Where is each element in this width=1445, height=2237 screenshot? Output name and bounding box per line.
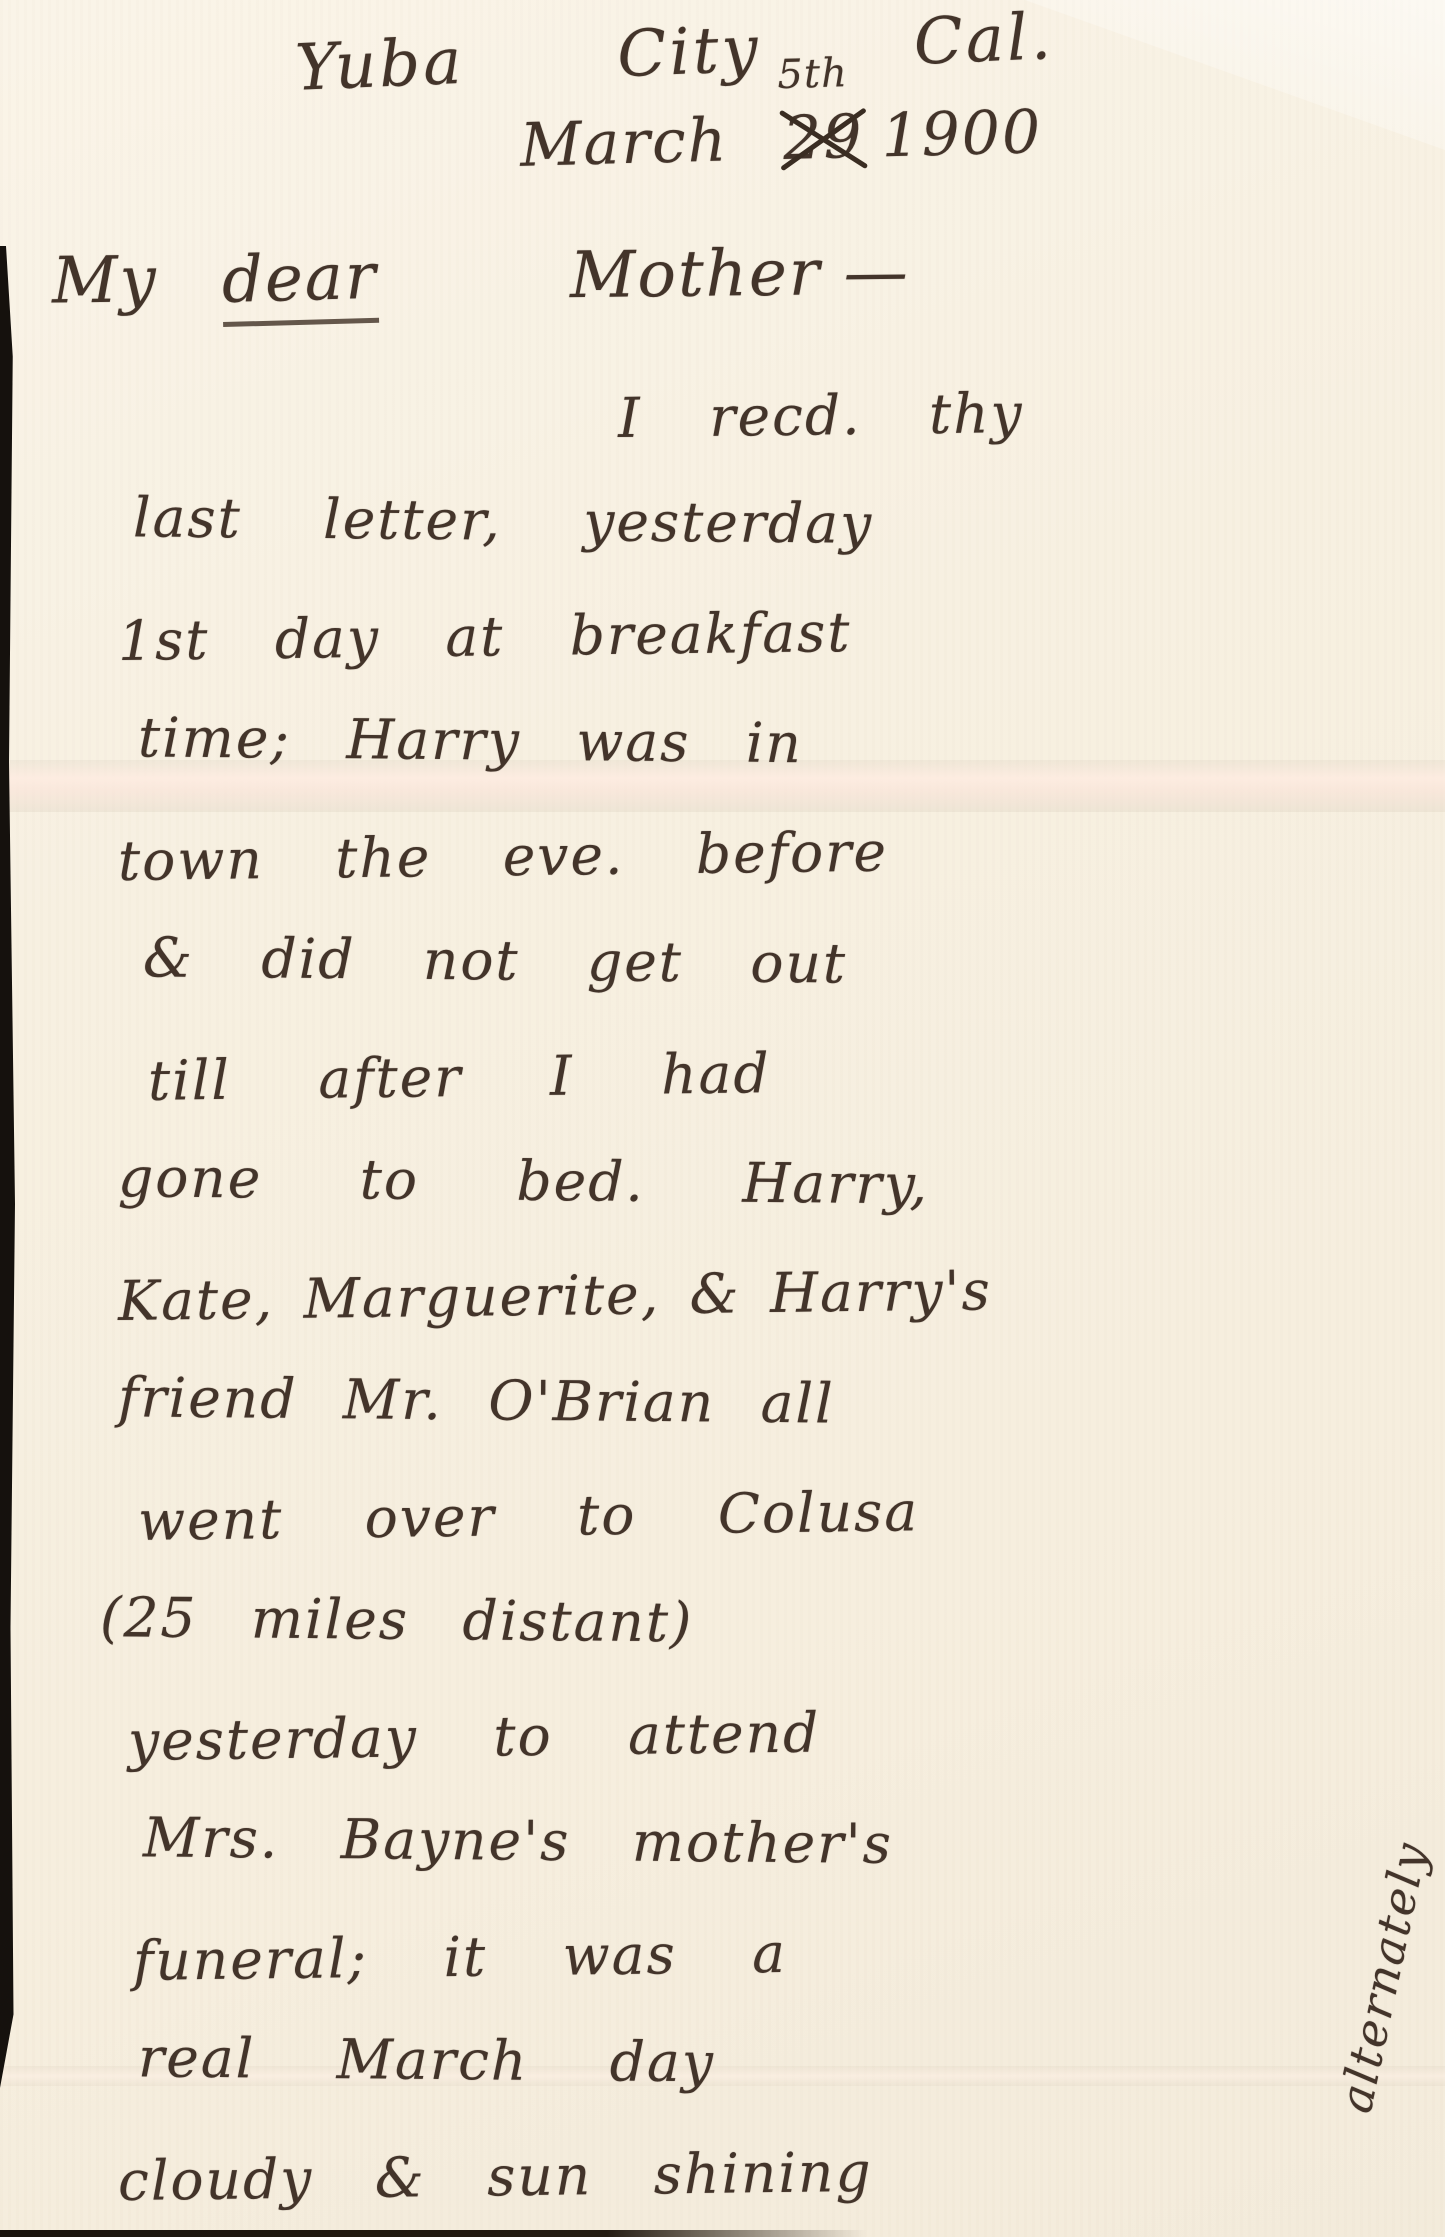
letter-line: went over to Colusa bbox=[137, 1450, 1429, 1576]
salutation-prefix: My bbox=[52, 243, 158, 318]
scan-corner-highlight bbox=[1025, 0, 1445, 150]
letter-page: Yuba City Cal. March5th291900 My dear Mo… bbox=[0, 0, 1445, 2237]
letterhead-place: Yuba City Cal. bbox=[294, 0, 1055, 106]
salutation-underlined-word: dear bbox=[221, 240, 379, 327]
letter-line: 1st day at breakfast bbox=[117, 570, 1429, 696]
letterhead-date: March5th291900 bbox=[519, 97, 1043, 181]
date-year: 1900 bbox=[881, 97, 1043, 171]
letter-line: town the eve. before bbox=[117, 790, 1429, 916]
letter-body: I recd. thylast letter, yesterday1st day… bbox=[118, 358, 1429, 2228]
letter-line: funeral; it was a bbox=[132, 1890, 1429, 2016]
letter-line: cloudy & sun shining bbox=[117, 2110, 1429, 2236]
salutation-addressee: Mother — bbox=[570, 236, 911, 314]
date-day-corrected: 5th29 bbox=[782, 102, 864, 174]
letter-line: (25 miles distant) bbox=[100, 1562, 1430, 1684]
date-day-struck-out: 29 bbox=[782, 102, 864, 174]
letter-line: yesterday to attend bbox=[127, 1670, 1429, 1796]
letter-line: till after I had bbox=[147, 1010, 1429, 1136]
scan-edge-left bbox=[0, 246, 15, 2088]
date-day-insertion: 5th bbox=[777, 50, 848, 98]
letter-line: time; Harry was in bbox=[138, 682, 1430, 803]
letter-line: last letter, yesterday bbox=[133, 462, 1430, 583]
date-month: March bbox=[519, 105, 729, 180]
letter-line: real March day bbox=[138, 2002, 1430, 2123]
salutation: My dear Mother — bbox=[52, 236, 911, 328]
letter-line: gone to bed. Harry, bbox=[118, 1122, 1430, 1243]
letter-line: friend Mr. O'Brian all bbox=[118, 1342, 1430, 1463]
letter-line: & did not get out bbox=[143, 902, 1430, 1023]
letter-line: I recd. thy bbox=[617, 353, 1429, 473]
letter-line: Mrs. Bayne's mother's bbox=[143, 1782, 1430, 1903]
letter-line: Kate, Marguerite, & Harry's bbox=[117, 1230, 1429, 1356]
